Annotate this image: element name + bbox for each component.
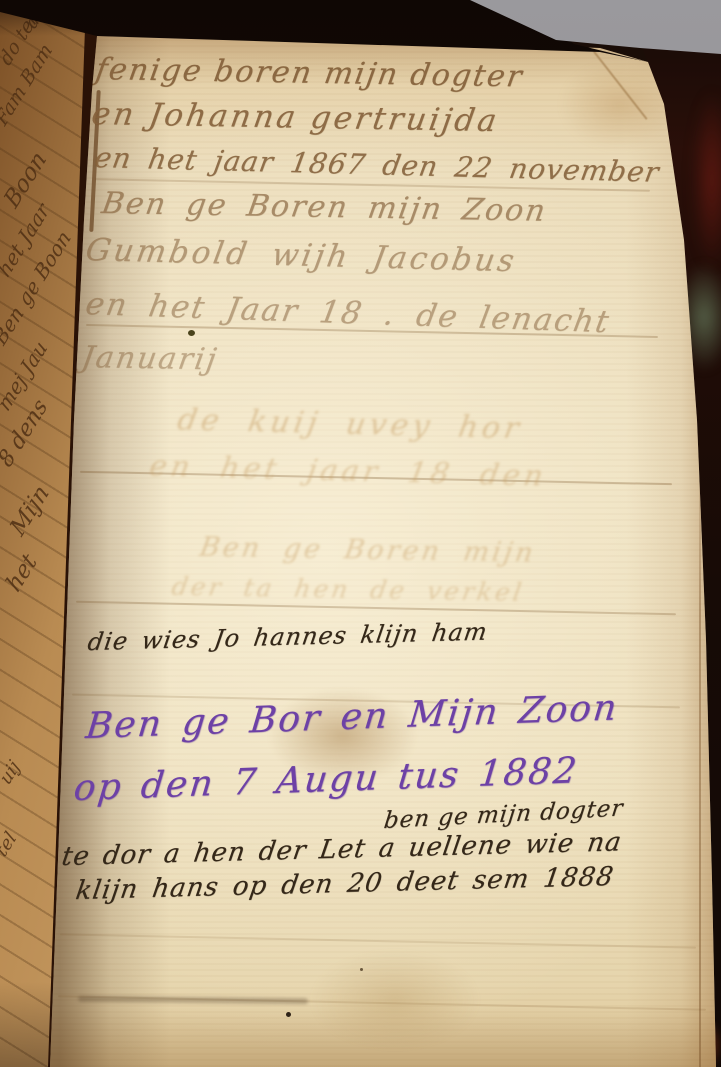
page-edge-text-fragment: Ben ge Boon [0,226,76,350]
page-edge-text-fragment: Mijn [6,480,55,541]
handwriting-line-6: en het Jaar 18 . de lenacht [83,286,613,340]
page-edge-text-fragment: uij [0,757,24,789]
handwriting-line-1: fenige boren mijn dogter [93,52,526,94]
ink-speck [188,330,195,336]
ghost-showthrough-line: der ta hen de verkel [170,572,527,607]
page-edge-text-fragment: Fam Bam [0,39,57,129]
ruled-line [60,933,696,948]
paper-stain [310,950,480,1050]
ghost-showthrough-line: en het jaar 18 den [147,448,549,492]
handwriting-line-2: en Johanna gertruijda [89,96,502,139]
handwriting-line-4: Ben ge Boren mijn Zoon [99,186,549,229]
photographed-manuscript-page: den do teke en Fam Bam Boon het Jaar Ben… [0,0,721,1067]
page-fore-edge-line [699,420,701,1067]
page-edge-text-fragment: 8 dens [0,394,53,472]
ghost-showthrough-line: de kuij uvey hor [175,402,525,446]
handwriting-line-7: Januarij [79,340,220,377]
handwriting-line-10-purple: op den 7 Augu tus 1882 [72,750,581,809]
smudge-mark [78,996,308,1004]
page-edge-text-fragment: tel [0,828,21,861]
page-edge-text-fragment: het [2,549,43,597]
handwriting-line-5: Gumbold wijh Jacobus [83,232,520,279]
ghost-showthrough-line: Ben ge Boren mijn [198,532,538,569]
handwriting-line-8: die wies Jo hannes klijn ham [86,617,490,656]
manuscript-page: fenige boren mijn dogter en Johanna gert… [0,0,721,1067]
ink-speck [286,1012,291,1017]
page-edge-text-fragment: Boon [0,147,52,213]
page-edge-text-fragment: het Jaar [0,198,54,281]
ink-speck [360,968,363,971]
page-edge-text-fragment: mej Jau [0,336,52,415]
